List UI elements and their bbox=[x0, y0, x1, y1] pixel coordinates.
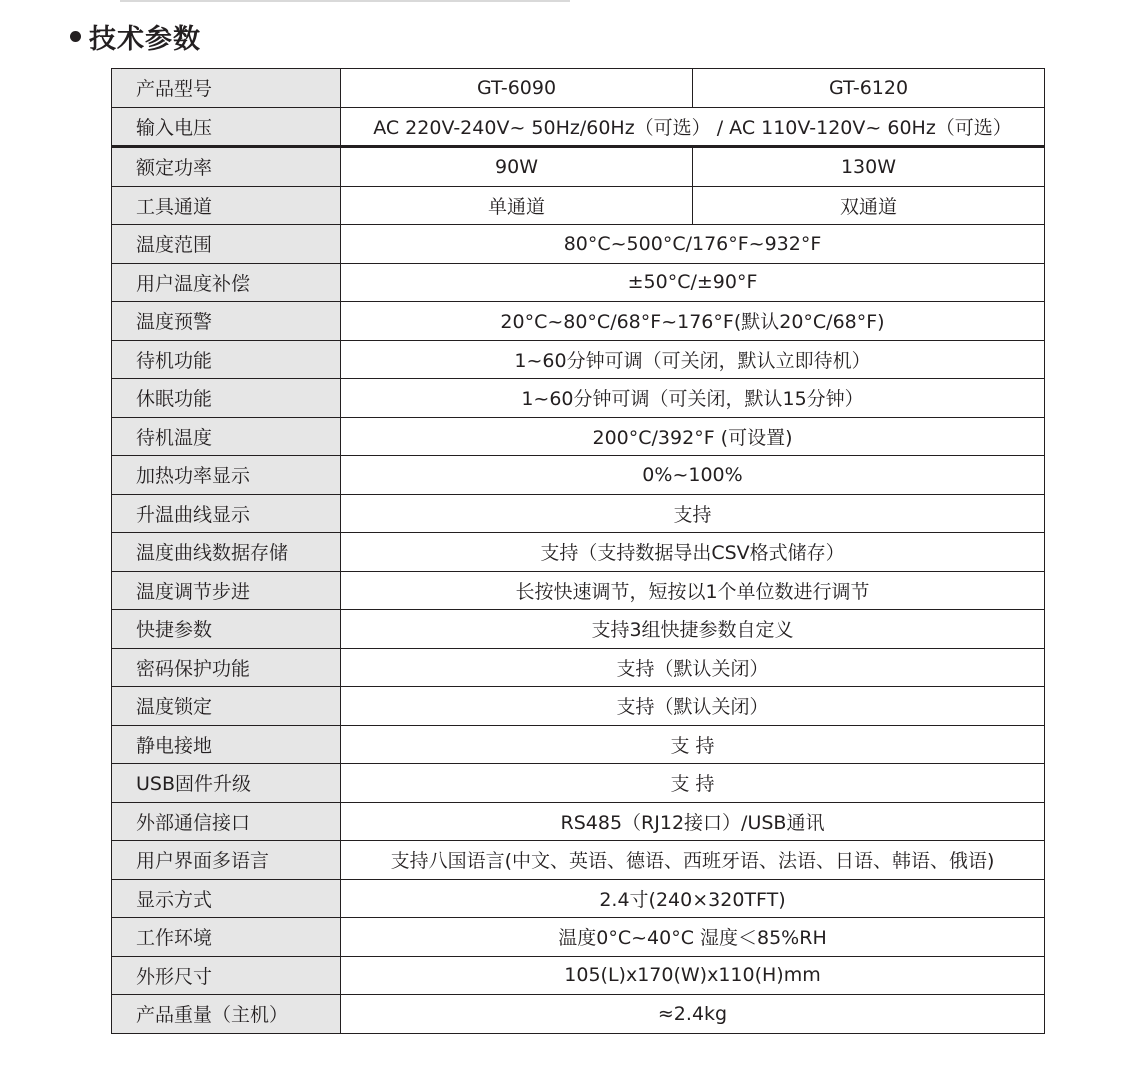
row-value: ±50°C/±90°F bbox=[341, 263, 1045, 302]
row-label: 产品重量（主机） bbox=[112, 995, 341, 1034]
row-value: 200°C/392°F (可设置) bbox=[341, 417, 1045, 456]
row-value: 支 持 bbox=[341, 725, 1045, 764]
row-label: 工具通道 bbox=[112, 186, 341, 225]
row-value-gt6090: 90W bbox=[341, 147, 693, 187]
row-value: 支持（默认关闭） bbox=[341, 648, 1045, 687]
table-row: 工具通道 单通道 双通道 bbox=[112, 186, 1045, 225]
row-label: 外部通信接口 bbox=[112, 802, 341, 841]
table-row: 静电接地 支 持 bbox=[112, 725, 1045, 764]
row-label: 用户界面多语言 bbox=[112, 841, 341, 880]
row-value: 105(L)x170(W)x110(H)mm bbox=[341, 956, 1045, 995]
row-label: 升温曲线显示 bbox=[112, 494, 341, 533]
row-label: 用户温度补偿 bbox=[112, 263, 341, 302]
table-row: 产品重量（主机） ≈2.4kg bbox=[112, 995, 1045, 1034]
table-row: 外形尺寸 105(L)x170(W)x110(H)mm bbox=[112, 956, 1045, 995]
row-label: 加热功率显示 bbox=[112, 456, 341, 495]
row-label: USB固件升级 bbox=[112, 764, 341, 803]
table-row: 待机功能 1~60分钟可调（可关闭，默认立即待机） bbox=[112, 340, 1045, 379]
row-value: 支持3组快捷参数自定义 bbox=[341, 610, 1045, 649]
spec-table: 产品型号 GT-6090 GT-6120 输入电压 AC 220V-240V~ … bbox=[111, 68, 1045, 1034]
row-value: 1~60分钟可调（可关闭，默认15分钟） bbox=[341, 379, 1045, 418]
row-label: 静电接地 bbox=[112, 725, 341, 764]
row-value: ≈2.4kg bbox=[341, 995, 1045, 1034]
row-label: 额定功率 bbox=[112, 147, 341, 187]
row-value-gt6090: GT-6090 bbox=[341, 69, 693, 108]
row-label: 外形尺寸 bbox=[112, 956, 341, 995]
row-value: 20°C~80°C/68°F~176°F(默认20°C/68°F) bbox=[341, 302, 1045, 341]
row-label: 待机功能 bbox=[112, 340, 341, 379]
section-heading: 技术参数 bbox=[70, 16, 201, 56]
row-label: 工作环境 bbox=[112, 918, 341, 957]
row-label: 温度预警 bbox=[112, 302, 341, 341]
row-value-gt6120: 双通道 bbox=[693, 186, 1045, 225]
table-row: 密码保护功能 支持（默认关闭） bbox=[112, 648, 1045, 687]
bullet-icon bbox=[70, 31, 81, 42]
row-value: 2.4寸(240×320TFT) bbox=[341, 879, 1045, 918]
table-row: 显示方式 2.4寸(240×320TFT) bbox=[112, 879, 1045, 918]
top-divider bbox=[120, 0, 570, 2]
table-row: 温度预警 20°C~80°C/68°F~176°F(默认20°C/68°F) bbox=[112, 302, 1045, 341]
row-value-gt6120: 130W bbox=[693, 147, 1045, 187]
row-label: 温度范围 bbox=[112, 225, 341, 264]
table-row: 温度曲线数据存储 支持（支持数据导出CSV格式储存） bbox=[112, 533, 1045, 572]
table-row: 额定功率 90W 130W bbox=[112, 147, 1045, 187]
row-value: 支持（支持数据导出CSV格式储存） bbox=[341, 533, 1045, 572]
row-value: 长按快速调节，短按以1个单位数进行调节 bbox=[341, 571, 1045, 610]
row-value-gt6120: GT-6120 bbox=[693, 69, 1045, 108]
row-value-gt6090: 单通道 bbox=[341, 186, 693, 225]
row-value: 0%~100% bbox=[341, 456, 1045, 495]
section-title: 技术参数 bbox=[89, 17, 201, 56]
row-value: 支 持 bbox=[341, 764, 1045, 803]
table-row: 加热功率显示 0%~100% bbox=[112, 456, 1045, 495]
table-row: 温度锁定 支持（默认关闭） bbox=[112, 687, 1045, 726]
row-value: RS485（RJ12接口）/USB通讯 bbox=[341, 802, 1045, 841]
table-row: 用户界面多语言 支持八国语言(中文、英语、德语、西班牙语、法语、日语、韩语、俄语… bbox=[112, 841, 1045, 880]
row-label: 快捷参数 bbox=[112, 610, 341, 649]
table-row: 输入电压 AC 220V-240V~ 50Hz/60Hz（可选） / AC 11… bbox=[112, 107, 1045, 147]
row-label: 温度锁定 bbox=[112, 687, 341, 726]
table-row: 温度范围 80°C~500°C/176°F~932°F bbox=[112, 225, 1045, 264]
row-value: 支持（默认关闭） bbox=[341, 687, 1045, 726]
table-row: 休眠功能 1~60分钟可调（可关闭，默认15分钟） bbox=[112, 379, 1045, 418]
row-label: 待机温度 bbox=[112, 417, 341, 456]
row-value: AC 220V-240V~ 50Hz/60Hz（可选） / AC 110V-12… bbox=[341, 107, 1045, 147]
row-label: 产品型号 bbox=[112, 69, 341, 108]
row-value: 1~60分钟可调（可关闭，默认立即待机） bbox=[341, 340, 1045, 379]
row-label: 温度调节步进 bbox=[112, 571, 341, 610]
row-value: 温度0°C~40°C 湿度＜85%RH bbox=[341, 918, 1045, 957]
table-row: 外部通信接口 RS485（RJ12接口）/USB通讯 bbox=[112, 802, 1045, 841]
row-label: 输入电压 bbox=[112, 107, 341, 147]
row-value: 支持八国语言(中文、英语、德语、西班牙语、法语、日语、韩语、俄语) bbox=[341, 841, 1045, 880]
row-label: 温度曲线数据存储 bbox=[112, 533, 341, 572]
row-label: 显示方式 bbox=[112, 879, 341, 918]
table-row: USB固件升级 支 持 bbox=[112, 764, 1045, 803]
row-label: 密码保护功能 bbox=[112, 648, 341, 687]
table-row: 快捷参数 支持3组快捷参数自定义 bbox=[112, 610, 1045, 649]
table-row: 温度调节步进 长按快速调节，短按以1个单位数进行调节 bbox=[112, 571, 1045, 610]
table-row: 工作环境 温度0°C~40°C 湿度＜85%RH bbox=[112, 918, 1045, 957]
table-row: 升温曲线显示 支持 bbox=[112, 494, 1045, 533]
row-value: 80°C~500°C/176°F~932°F bbox=[341, 225, 1045, 264]
table-row: 产品型号 GT-6090 GT-6120 bbox=[112, 69, 1045, 108]
row-label: 休眠功能 bbox=[112, 379, 341, 418]
table-row: 待机温度 200°C/392°F (可设置) bbox=[112, 417, 1045, 456]
table-row: 用户温度补偿 ±50°C/±90°F bbox=[112, 263, 1045, 302]
row-value: 支持 bbox=[341, 494, 1045, 533]
